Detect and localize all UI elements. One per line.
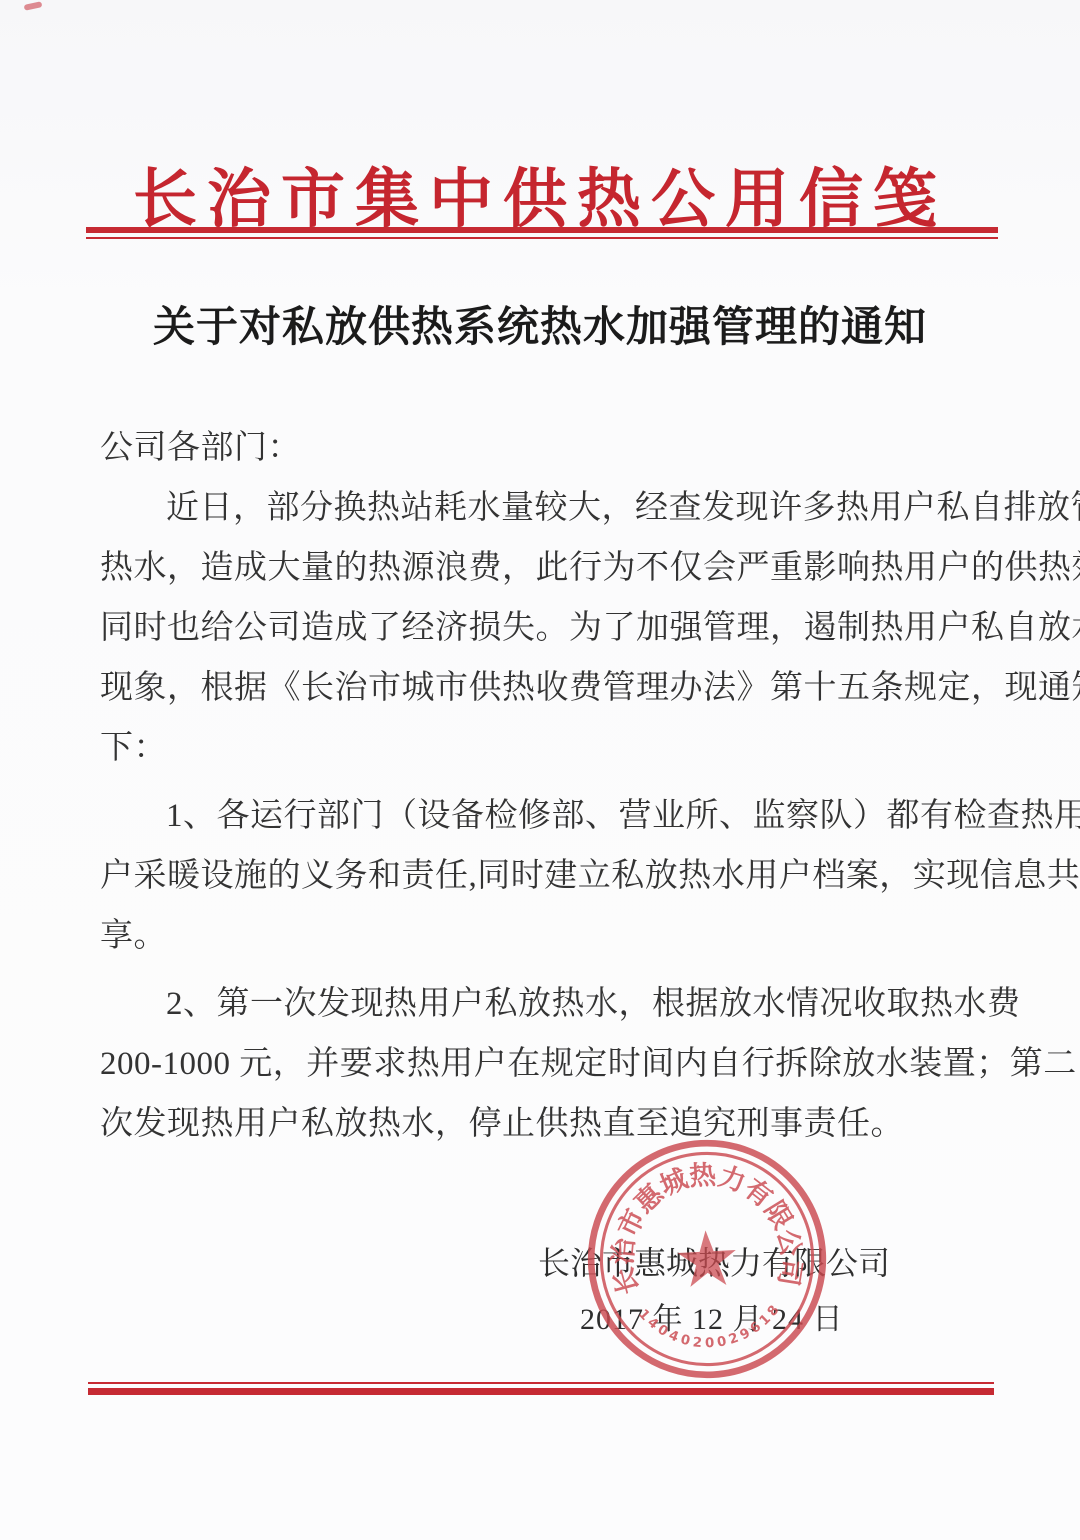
document-page: 长治市集中供热公用信笺 关于对私放供热系统热水加强管理的通知 公司各部门： 近日… (0, 0, 1080, 1540)
body-line: 近日，部分换热站耗水量较大，经查发现许多热用户私自排放管道 (100, 478, 992, 538)
scan-artifact-speck (24, 1, 43, 11)
body-line: 现象，根据《长治市城市供热收费管理办法》第十五条规定，现通知如 (100, 658, 992, 718)
body-line-item-1: 1、各运行部门（设备检修部、营业所、监察队）都有检查热用 (100, 786, 992, 846)
notice-body: 公司各部门： 近日，部分换热站耗水量较大，经查发现许多热用户私自排放管道 热水，… (100, 418, 992, 1154)
header-rule-thin (86, 237, 998, 239)
footer-rule-thick (88, 1388, 994, 1395)
notice-title: 关于对私放供热系统热水加强管理的通知 (0, 294, 1080, 354)
body-line: 同时也给公司造成了经济损失。为了加强管理，遏制热用户私自放水的 (100, 598, 992, 658)
signature-date: 2017 年 12 月 24 日 (580, 1294, 844, 1338)
footer-rule-thin (88, 1382, 994, 1384)
body-line: 享。 (100, 906, 992, 966)
body-line: 热水，造成大量的热源浪费，此行为不仅会严重影响热用户的供热效果， (100, 538, 992, 598)
body-line: 户采暖设施的义务和责任,同时建立私放热水用户档案，实现信息共 (100, 846, 992, 906)
body-line: 次发现热用户私放热水，停止供热直至追究刑事责任。 (100, 1094, 992, 1154)
body-line-item-2: 2、第一次发现热用户私放热水，根据放水情况收取热水费 (100, 974, 992, 1034)
body-line-salutation: 公司各部门： (100, 418, 992, 478)
body-line: 200-1000 元，并要求热用户在规定时间内自行拆除放水装置；第二 (100, 1034, 992, 1094)
header-rule-thick (86, 227, 998, 233)
signature-company: 长治市惠城热力有限公司 (538, 1238, 890, 1284)
body-line: 下： (100, 718, 992, 778)
